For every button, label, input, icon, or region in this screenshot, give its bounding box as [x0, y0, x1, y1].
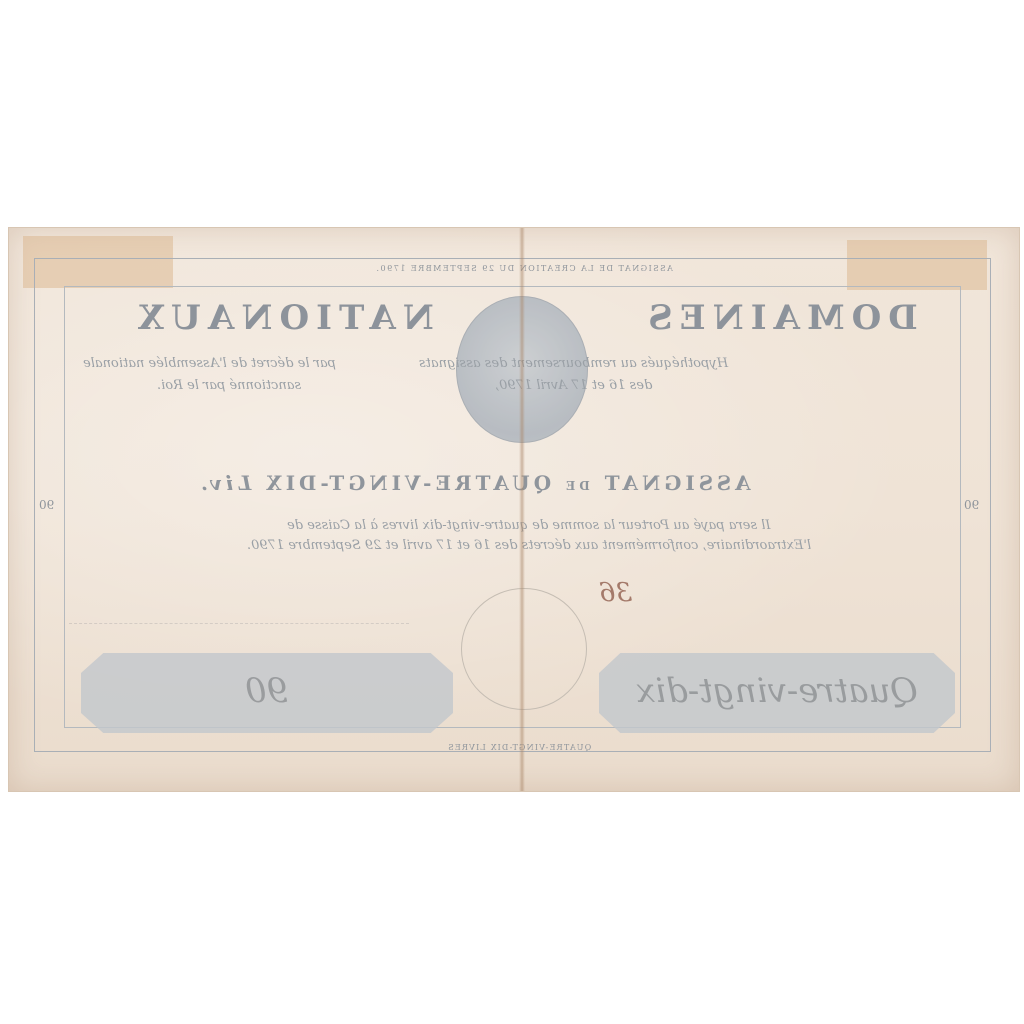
denomination-suffix: Liv.: [197, 471, 251, 495]
subtitle-left-1-text: Hypothéqués au remboursement des assigna…: [419, 356, 728, 371]
subtitle-left-2: des 16 et 17 Avril 1790,: [389, 378, 759, 393]
handwritten-serial: 36: [599, 578, 632, 608]
side-denomination-right: 90: [964, 498, 979, 512]
denomination-de: DE: [562, 479, 590, 493]
subtitle-right-2: sanctionné par le Roi.: [129, 378, 329, 393]
serial-text: 36: [599, 578, 632, 608]
subtitle-right-1: par le décret de l'Assemblée nationale: [49, 356, 369, 371]
banknote: ASSIGNAT DE LA CRÉATION DU 29 SEPTEMBRE …: [8, 227, 1020, 792]
body-line-2: l'Extraordinaire, conformément aux décre…: [89, 538, 969, 553]
denomination-line: ASSIGNAT DE QUATRE-VINGT-DIX Liv.: [74, 471, 874, 495]
signature-area: [69, 583, 409, 624]
subtitle-right-2-text: sanctionné par le Roi.: [157, 378, 301, 393]
denomination-text: ASSIGNAT DE QUATRE-VINGT-DIX Liv.: [197, 471, 751, 495]
denomination-prefix: ASSIGNAT: [601, 471, 751, 495]
center-fold: [519, 228, 525, 791]
title-left: DOMAINES: [641, 298, 918, 338]
subtitle-left-1: Hypothéqués au remboursement des assigna…: [339, 356, 809, 371]
right-cartouche: Quatre-vingt-dix: [599, 653, 955, 733]
side-left-text: 90: [39, 498, 54, 512]
left-cartouche-text: 90: [245, 671, 288, 711]
body-line-2-text: l'Extraordinaire, conformément aux décre…: [247, 538, 811, 553]
denomination-amount: QUATRE-VINGT-DIX: [262, 471, 551, 495]
body-line-1-text: Il sera payé au Porteur la somme de quat…: [287, 518, 771, 533]
side-denomination-left: 90: [39, 498, 54, 512]
title-right: NATIONAUX: [131, 298, 434, 338]
subtitle-right-1-text: par le décret de l'Assemblée nationale: [83, 356, 336, 371]
right-cartouche-text: Quatre-vingt-dix: [636, 671, 918, 711]
side-right-text: 90: [964, 498, 979, 512]
body-line-1: Il sera payé au Porteur la somme de quat…: [89, 518, 969, 533]
left-cartouche: 90: [81, 653, 453, 733]
